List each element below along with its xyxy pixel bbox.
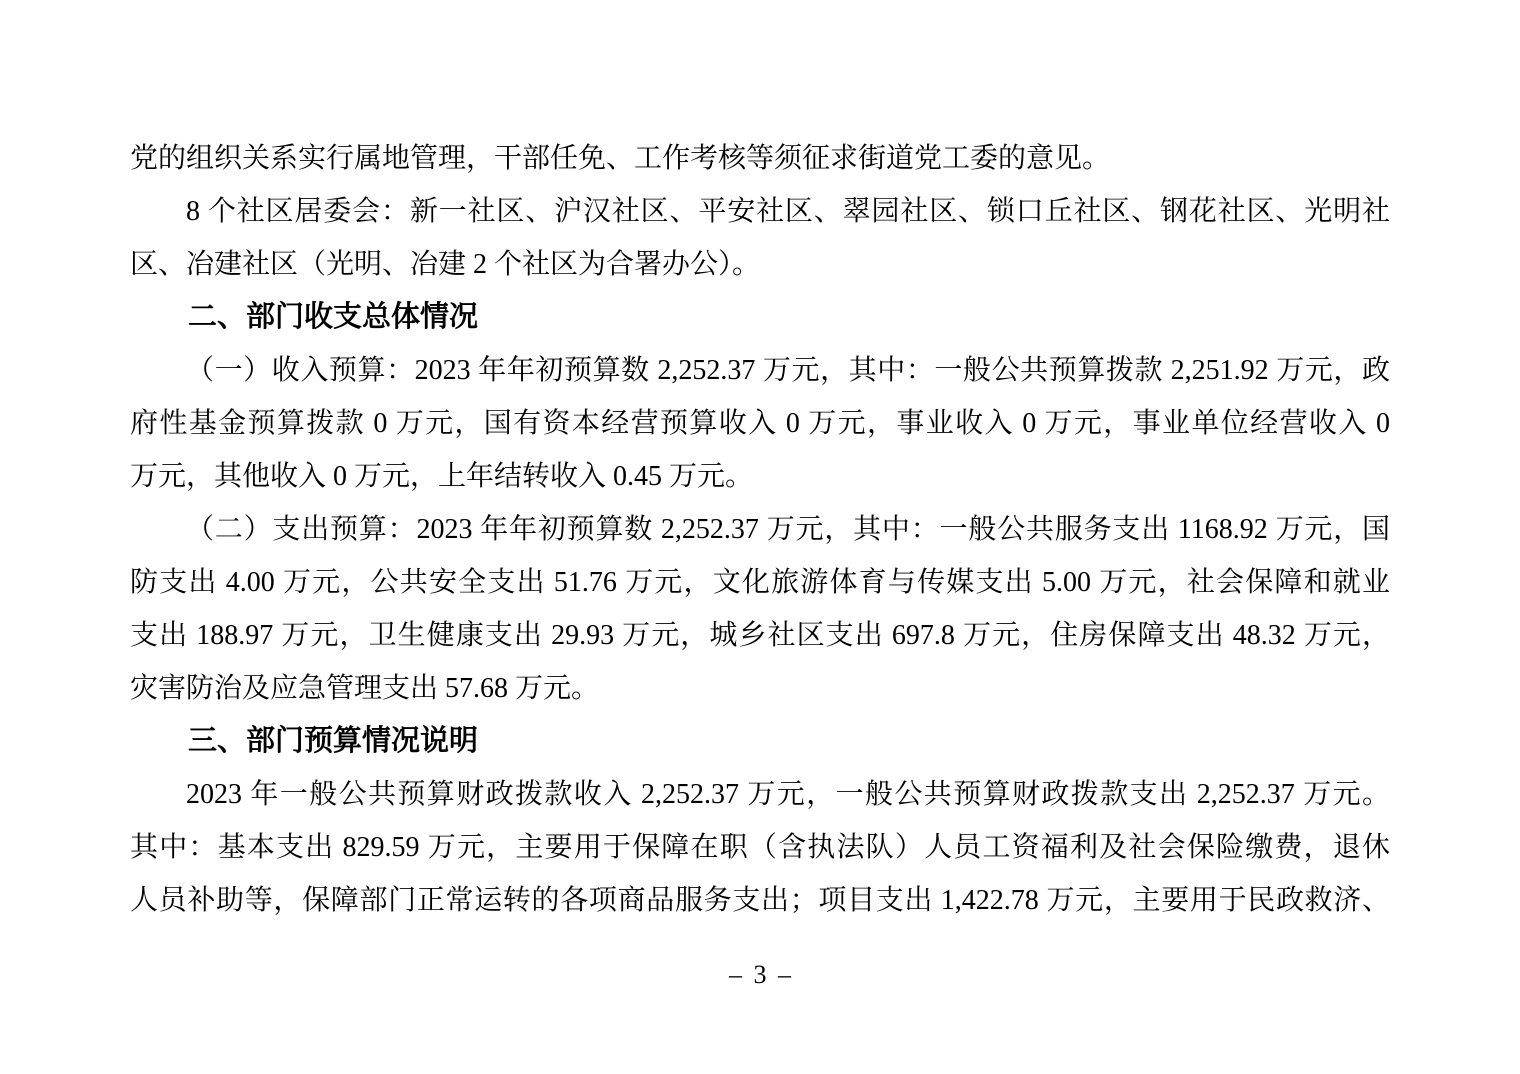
text-line: （二）支出预算：2023 年年初预算数 2,252.37 万元，其中：一般公共服… <box>130 503 1390 556</box>
section-heading-budget-explanation: 三、部门预算情况说明 <box>130 715 1390 768</box>
paragraph-community-committees: 8 个社区居委会：新一社区、沪汉社区、平安社区、翠园社区、锁口丘社区、钢花社区、… <box>130 185 1390 291</box>
text-line: 防支出 4.00 万元，公共安全支出 51.76 万元，文化旅游体育与传媒支出 … <box>130 556 1390 609</box>
text-line: 支出 188.97 万元，卫生健康支出 29.93 万元，城乡社区支出 697.… <box>130 609 1390 662</box>
document-page: 党的组织关系实行属地管理，干部任免、工作考核等须征求街道党工委的意见。 8 个社… <box>0 0 1520 1074</box>
text-line: 人员补助等，保障部门正常运转的各项商品服务支出；项目支出 1,422.78 万元… <box>130 874 1390 927</box>
text-line: 8 个社区居委会：新一社区、沪汉社区、平安社区、翠园社区、锁口丘社区、钢花社区、… <box>130 185 1390 238</box>
paragraph-expenditure-budget: （二）支出预算：2023 年年初预算数 2,252.37 万元，其中：一般公共服… <box>130 503 1390 715</box>
text-line: 区、冶建社区（光明、冶建 2 个社区为合署办公）。 <box>130 238 1390 291</box>
text-line: 2023 年一般公共预算财政拨款收入 2,252.37 万元，一般公共预算财政拨… <box>130 768 1390 821</box>
text-line: 其中：基本支出 829.59 万元，主要用于保障在职（含执法队）人员工资福利及社… <box>130 821 1390 874</box>
page-number: – 3 – <box>0 953 1520 997</box>
text-line: 灾害防治及应急管理支出 57.68 万元。 <box>130 662 1390 715</box>
paragraph-budget-explanation: 2023 年一般公共预算财政拨款收入 2,252.37 万元，一般公共预算财政拨… <box>130 768 1390 927</box>
text-line: 府性基金预算拨款 0 万元，国有资本经营预算收入 0 万元，事业收入 0 万元，… <box>130 397 1390 450</box>
text-line: （一）收入预算：2023 年年初预算数 2,252.37 万元，其中：一般公共预… <box>130 344 1390 397</box>
paragraph-party-organization-note: 党的组织关系实行属地管理，干部任免、工作考核等须征求街道党工委的意见。 <box>130 132 1390 185</box>
text-line: 万元，其他收入 0 万元，上年结转收入 0.45 万元。 <box>130 450 1390 503</box>
text-line: 党的组织关系实行属地管理，干部任免、工作考核等须征求街道党工委的意见。 <box>130 132 1390 185</box>
paragraph-income-budget: （一）收入预算：2023 年年初预算数 2,252.37 万元，其中：一般公共预… <box>130 344 1390 503</box>
section-heading-income-expenditure-overview: 二、部门收支总体情况 <box>130 291 1390 344</box>
